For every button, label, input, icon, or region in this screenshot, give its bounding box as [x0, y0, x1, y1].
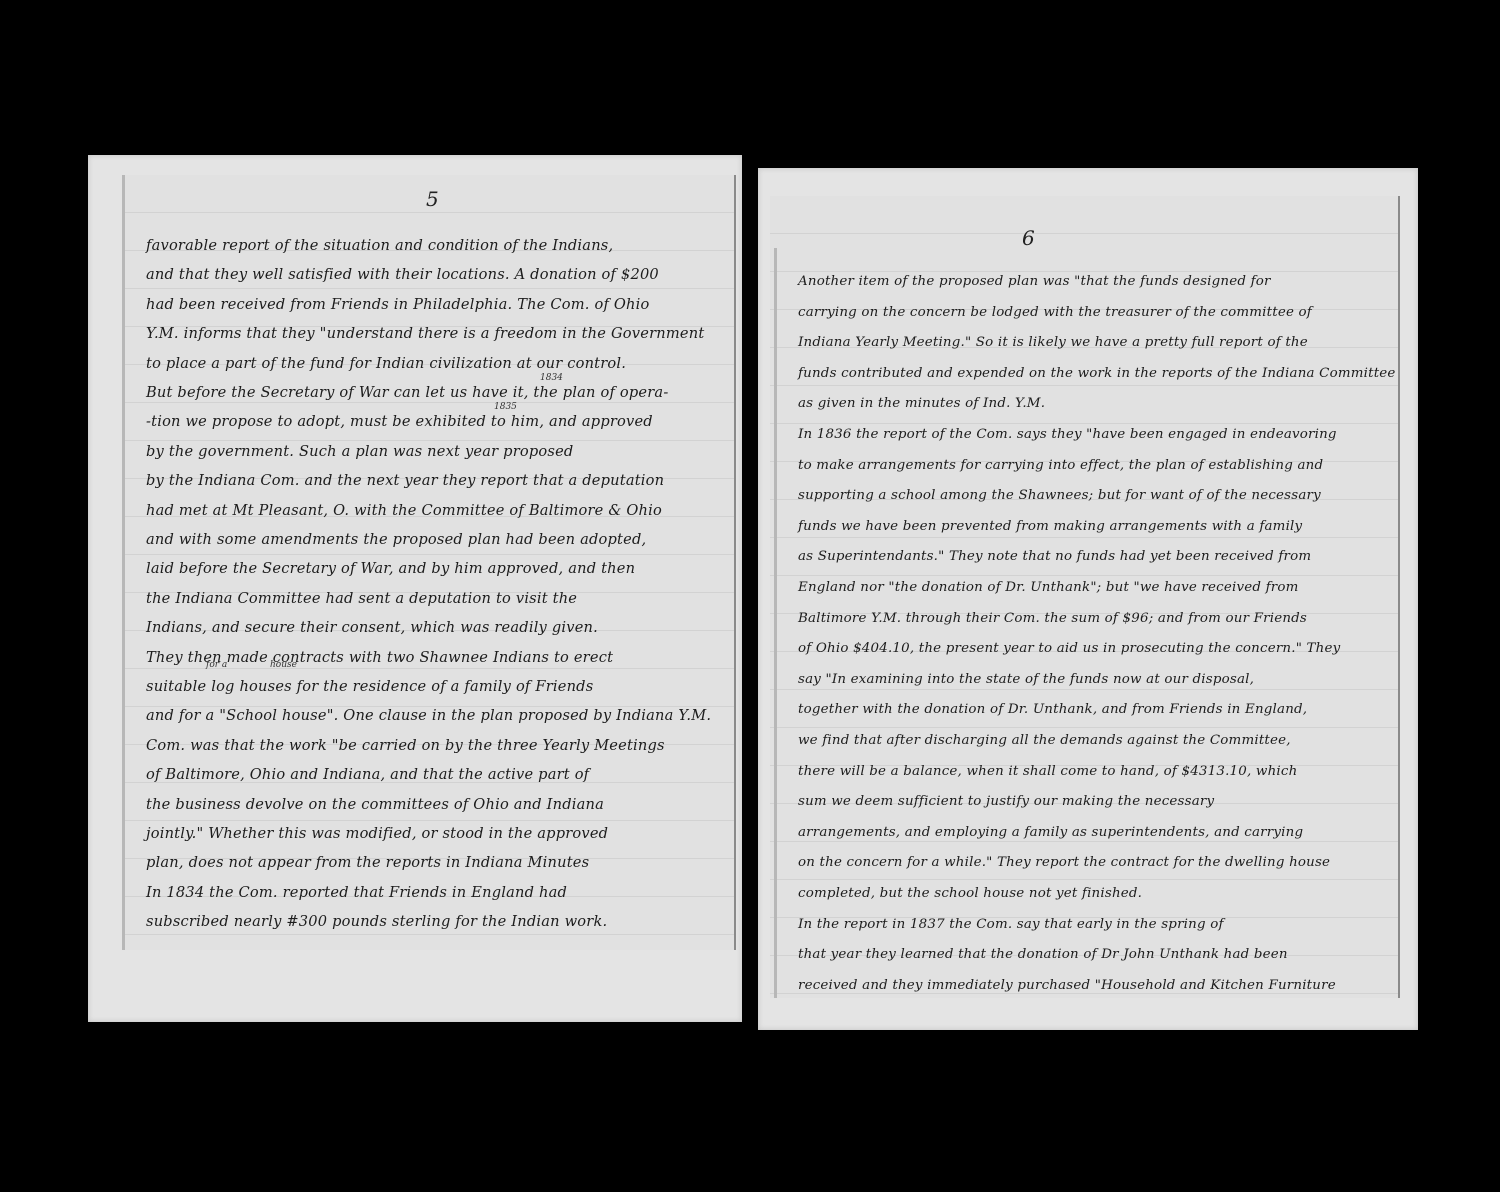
manuscript-line: subscribed nearly #300 pounds sterling f…	[146, 913, 607, 930]
manuscript-line: Com. was that the work "be carried on by…	[146, 737, 665, 754]
manuscript-line: sum we deem sufficient to justify our ma…	[798, 794, 1214, 809]
manuscript-line: together with the donation of Dr. Unthan…	[798, 702, 1307, 717]
manuscript-line: funds we have been prevented from making…	[798, 519, 1302, 534]
manuscript-page-right: 6 Another item of the proposed plan was …	[758, 168, 1418, 1030]
manuscript-line: Baltimore Y.M. through their Com. the su…	[798, 611, 1307, 626]
manuscript-line: to place a part of the fund for Indian c…	[146, 355, 626, 372]
manuscript-line: say "In examining into the state of the …	[798, 672, 1254, 687]
manuscript-line: jointly." Whether this was modified, or …	[146, 825, 608, 842]
manuscript-line: -tion we propose to adopt, must be exhib…	[146, 413, 653, 430]
manuscript-page-left: 5 favorable report of the situation and …	[88, 155, 742, 1022]
manuscript-line: supporting a school among the Shawnees; …	[798, 488, 1321, 503]
manuscript-line: by the government. Such a plan was next …	[146, 443, 573, 460]
manuscript-line: the business devolve on the committees o…	[146, 796, 604, 813]
manuscript-line: completed, but the school house not yet …	[798, 886, 1142, 901]
margin-rule	[122, 175, 125, 950]
ruled-sheet: 6 Another item of the proposed plan was …	[770, 196, 1400, 998]
manuscript-line: the Indiana Committee had sent a deputat…	[146, 590, 577, 607]
interlinear-note: 1835	[494, 402, 517, 412]
manuscript-line: In 1836 the report of the Com. says they…	[798, 427, 1337, 442]
manuscript-line: and that they well satisfied with their …	[146, 266, 659, 283]
manuscript-line: on the concern for a while." They report…	[798, 855, 1330, 870]
page-number: 6	[1022, 226, 1035, 250]
manuscript-line: But before the Secretary of War can let …	[146, 384, 668, 401]
manuscript-line: plan, does not appear from the reports i…	[146, 854, 589, 871]
manuscript-line: and with some amendments the proposed pl…	[146, 531, 646, 548]
manuscript-line: In 1834 the Com. reported that Friends i…	[146, 884, 567, 901]
manuscript-line: favorable report of the situation and co…	[146, 237, 613, 254]
manuscript-line: Another item of the proposed plan was "t…	[798, 274, 1271, 289]
manuscript-line: England nor "the donation of Dr. Unthank…	[798, 580, 1299, 595]
manuscript-line: Indians, and secure their consent, which…	[146, 619, 598, 636]
interlinear-note: house	[270, 660, 297, 670]
manuscript-line: had been received from Friends in Philad…	[146, 296, 650, 313]
manuscript-line: had met at Mt Pleasant, O. with the Comm…	[146, 502, 662, 519]
manuscript-line: Indiana Yearly Meeting." So it is likely…	[798, 335, 1308, 350]
page-number: 5	[426, 187, 439, 211]
interlinear-note: for a	[206, 660, 227, 670]
manuscript-line: funds contributed and expended on the wo…	[798, 366, 1396, 381]
ruled-sheet: 5 favorable report of the situation and …	[122, 175, 736, 950]
manuscript-line: and for a "School house". One clause in …	[146, 707, 711, 724]
manuscript-line: carrying on the concern be lodged with t…	[798, 305, 1312, 320]
manuscript-line: of Ohio $404.10, the present year to aid…	[798, 641, 1340, 656]
manuscript-line: that year they learned that the donation…	[798, 947, 1288, 962]
manuscript-line: Y.M. informs that they "understand there…	[146, 325, 704, 342]
manuscript-line: we find that after discharging all the d…	[798, 733, 1291, 748]
manuscript-line: there will be a balance, when it shall c…	[798, 764, 1297, 779]
manuscript-line: laid before the Secretary of War, and by…	[146, 560, 635, 577]
manuscript-line: arrangements, and employing a family as …	[798, 825, 1303, 840]
manuscript-line: as Superintendants." They note that no f…	[798, 549, 1311, 564]
manuscript-line: of Baltimore, Ohio and Indiana, and that…	[146, 766, 589, 783]
manuscript-line: to make arrangements for carrying into e…	[798, 458, 1323, 473]
manuscript-line: In the report in 1837 the Com. say that …	[798, 917, 1224, 932]
manuscript-line: suitable log houses for the residence of…	[146, 678, 593, 695]
manuscript-line: received and they immediately purchased …	[798, 978, 1336, 993]
manuscript-line: as given in the minutes of Ind. Y.M.	[798, 396, 1045, 411]
manuscript-line: by the Indiana Com. and the next year th…	[146, 472, 664, 489]
interlinear-note: 1834	[540, 373, 563, 383]
margin-rule	[774, 248, 777, 998]
